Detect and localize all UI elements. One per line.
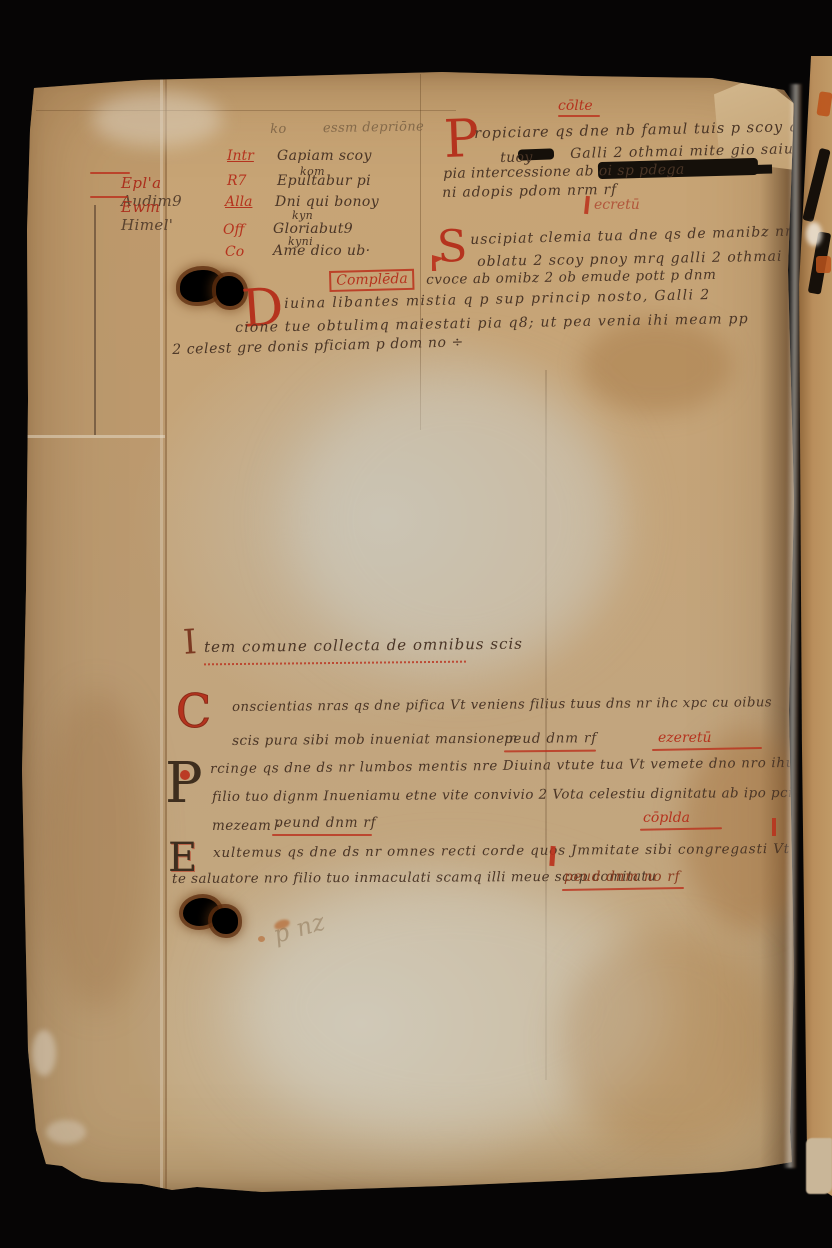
parchment-hole-bottom-lobe xyxy=(212,908,238,934)
common-collect-initial: C xyxy=(176,688,211,734)
red-paraph-mark xyxy=(584,196,590,214)
stain-pale-center xyxy=(292,370,622,670)
common-collect-line-2a: scis pura sibi mob inueniat mansionem xyxy=(232,731,518,749)
margin-note-line2: Ewm Himel' xyxy=(90,180,173,252)
collect-line-4: ni adopis pdom nrm rf xyxy=(442,182,617,201)
common-collect-line-1: onscientias nras qs dne pifica Vt venien… xyxy=(232,695,772,715)
propers-row-label: Alla xyxy=(225,194,252,210)
ruling-line-vertical-2 xyxy=(545,370,547,1080)
rubric-underline xyxy=(652,747,762,751)
faint-scribble: p nz xyxy=(270,907,328,948)
common-secreta-line-3b: peund dnm rf xyxy=(274,815,376,831)
next-folio-edge xyxy=(797,56,832,1196)
rubric-underline-dotted xyxy=(204,661,466,666)
next-folio-bottom-tab xyxy=(806,1138,832,1194)
collect-line-1: ropiciare qs dne nb famul tuis p scoy qb xyxy=(474,119,809,142)
manuscript-photo: Epl'a Audim9 Ewm Himel' ko essm depriōne… xyxy=(0,0,832,1248)
common-secreta-line-3a: mezeam · xyxy=(212,818,281,834)
ruling-line-horizontal xyxy=(36,110,456,111)
next-folio-initial-orange-2 xyxy=(816,256,831,273)
propers-row-label: Off xyxy=(223,222,244,238)
secreta-line-3: cvoce ab omibz 2 ob emude pott p dnm xyxy=(426,267,717,288)
rubric-underline xyxy=(90,172,130,174)
propers-header-note: ko essm depriōne xyxy=(270,119,424,137)
common-secreta-initial: P xyxy=(165,756,203,812)
stain-warm-mid xyxy=(582,318,732,413)
parchment-page: Epl'a Audim9 Ewm Himel' ko essm depriōne… xyxy=(22,70,794,1192)
complenda-line-2: cione tue obtulimq maiestati pia q8; ut … xyxy=(235,311,749,336)
common-secreta-line-1: rcinge qs dne ds nr lumbos mentis nre Di… xyxy=(210,756,817,777)
propers-row-incipit: Ame dico ub· xyxy=(273,243,371,259)
common-secreta-label: ezeretū xyxy=(658,730,712,746)
next-folio-initial-stroke-2 xyxy=(808,231,832,294)
common-complenda-line-2b: peud dnm no rf xyxy=(564,869,680,885)
propers-row-label: Co xyxy=(225,244,244,260)
propers-row-incipit: Epultabur pi xyxy=(277,173,371,189)
collect-line-3: pia intercessione ab oi sp pdega xyxy=(443,162,685,182)
complenda-line-3: 2 celest gre donis pficiam p dom no ÷ xyxy=(172,334,464,358)
rubric-underline xyxy=(272,834,372,836)
propers-row-label: R7 xyxy=(227,173,246,189)
common-complenda-line-1: xultemus qs dne ds nr omnes recti corde … xyxy=(213,842,832,861)
next-folio-initial-stroke-1 xyxy=(802,148,831,222)
secreta-label: ecretū xyxy=(594,197,640,213)
collect-line-2b: Galli 2 othmai mite gio saius xyxy=(570,141,802,162)
patch-seam-horizontal xyxy=(22,435,165,438)
next-folio-initial-orange-1 xyxy=(816,91,832,117)
collect-label: cōlte xyxy=(558,98,593,114)
next-folio-fiber-fluff xyxy=(806,222,822,246)
rubric-underline xyxy=(562,887,684,891)
secreta-line-1: uscipiat clemia tua dne qs de manibz nri… xyxy=(470,222,832,248)
secreta-line-2: oblatu 2 scoy pnoy mrq galli 2 othmai xyxy=(477,249,783,270)
rubric-underline xyxy=(504,750,596,753)
stain-left-strip xyxy=(42,690,152,1010)
common-collect-line-2b: peud dnm rf xyxy=(504,730,597,747)
stain-top-pale-streak xyxy=(92,92,222,147)
secreta-initial: S xyxy=(436,224,468,270)
propers-row-label: Intr xyxy=(227,148,254,164)
red-paraph-mark xyxy=(772,818,776,836)
common-complenda-label: cōplda xyxy=(643,810,690,826)
common-secreta-line-2: filio tuo dignm Inueniamu etne vite conv… xyxy=(212,786,810,805)
margin-note-2-rubric: Ewm xyxy=(121,198,160,216)
rubric-underline xyxy=(90,196,128,198)
complenda-boxed-label: Complēda xyxy=(329,269,415,292)
propers-row-incipit: Gapiam scoy xyxy=(277,148,372,164)
propers-row-incipit: Dni qui bonoy xyxy=(275,194,379,210)
rubric-underline xyxy=(558,115,600,117)
rubric-underline xyxy=(640,827,722,830)
item-heading: tem comune collecta de omnibus scis xyxy=(204,635,523,656)
stain-bottom-right xyxy=(562,930,777,1155)
orange-speck-2 xyxy=(258,936,265,942)
margin-note-2-text: Himel' xyxy=(121,216,173,234)
item-heading-initial: I xyxy=(182,625,198,660)
